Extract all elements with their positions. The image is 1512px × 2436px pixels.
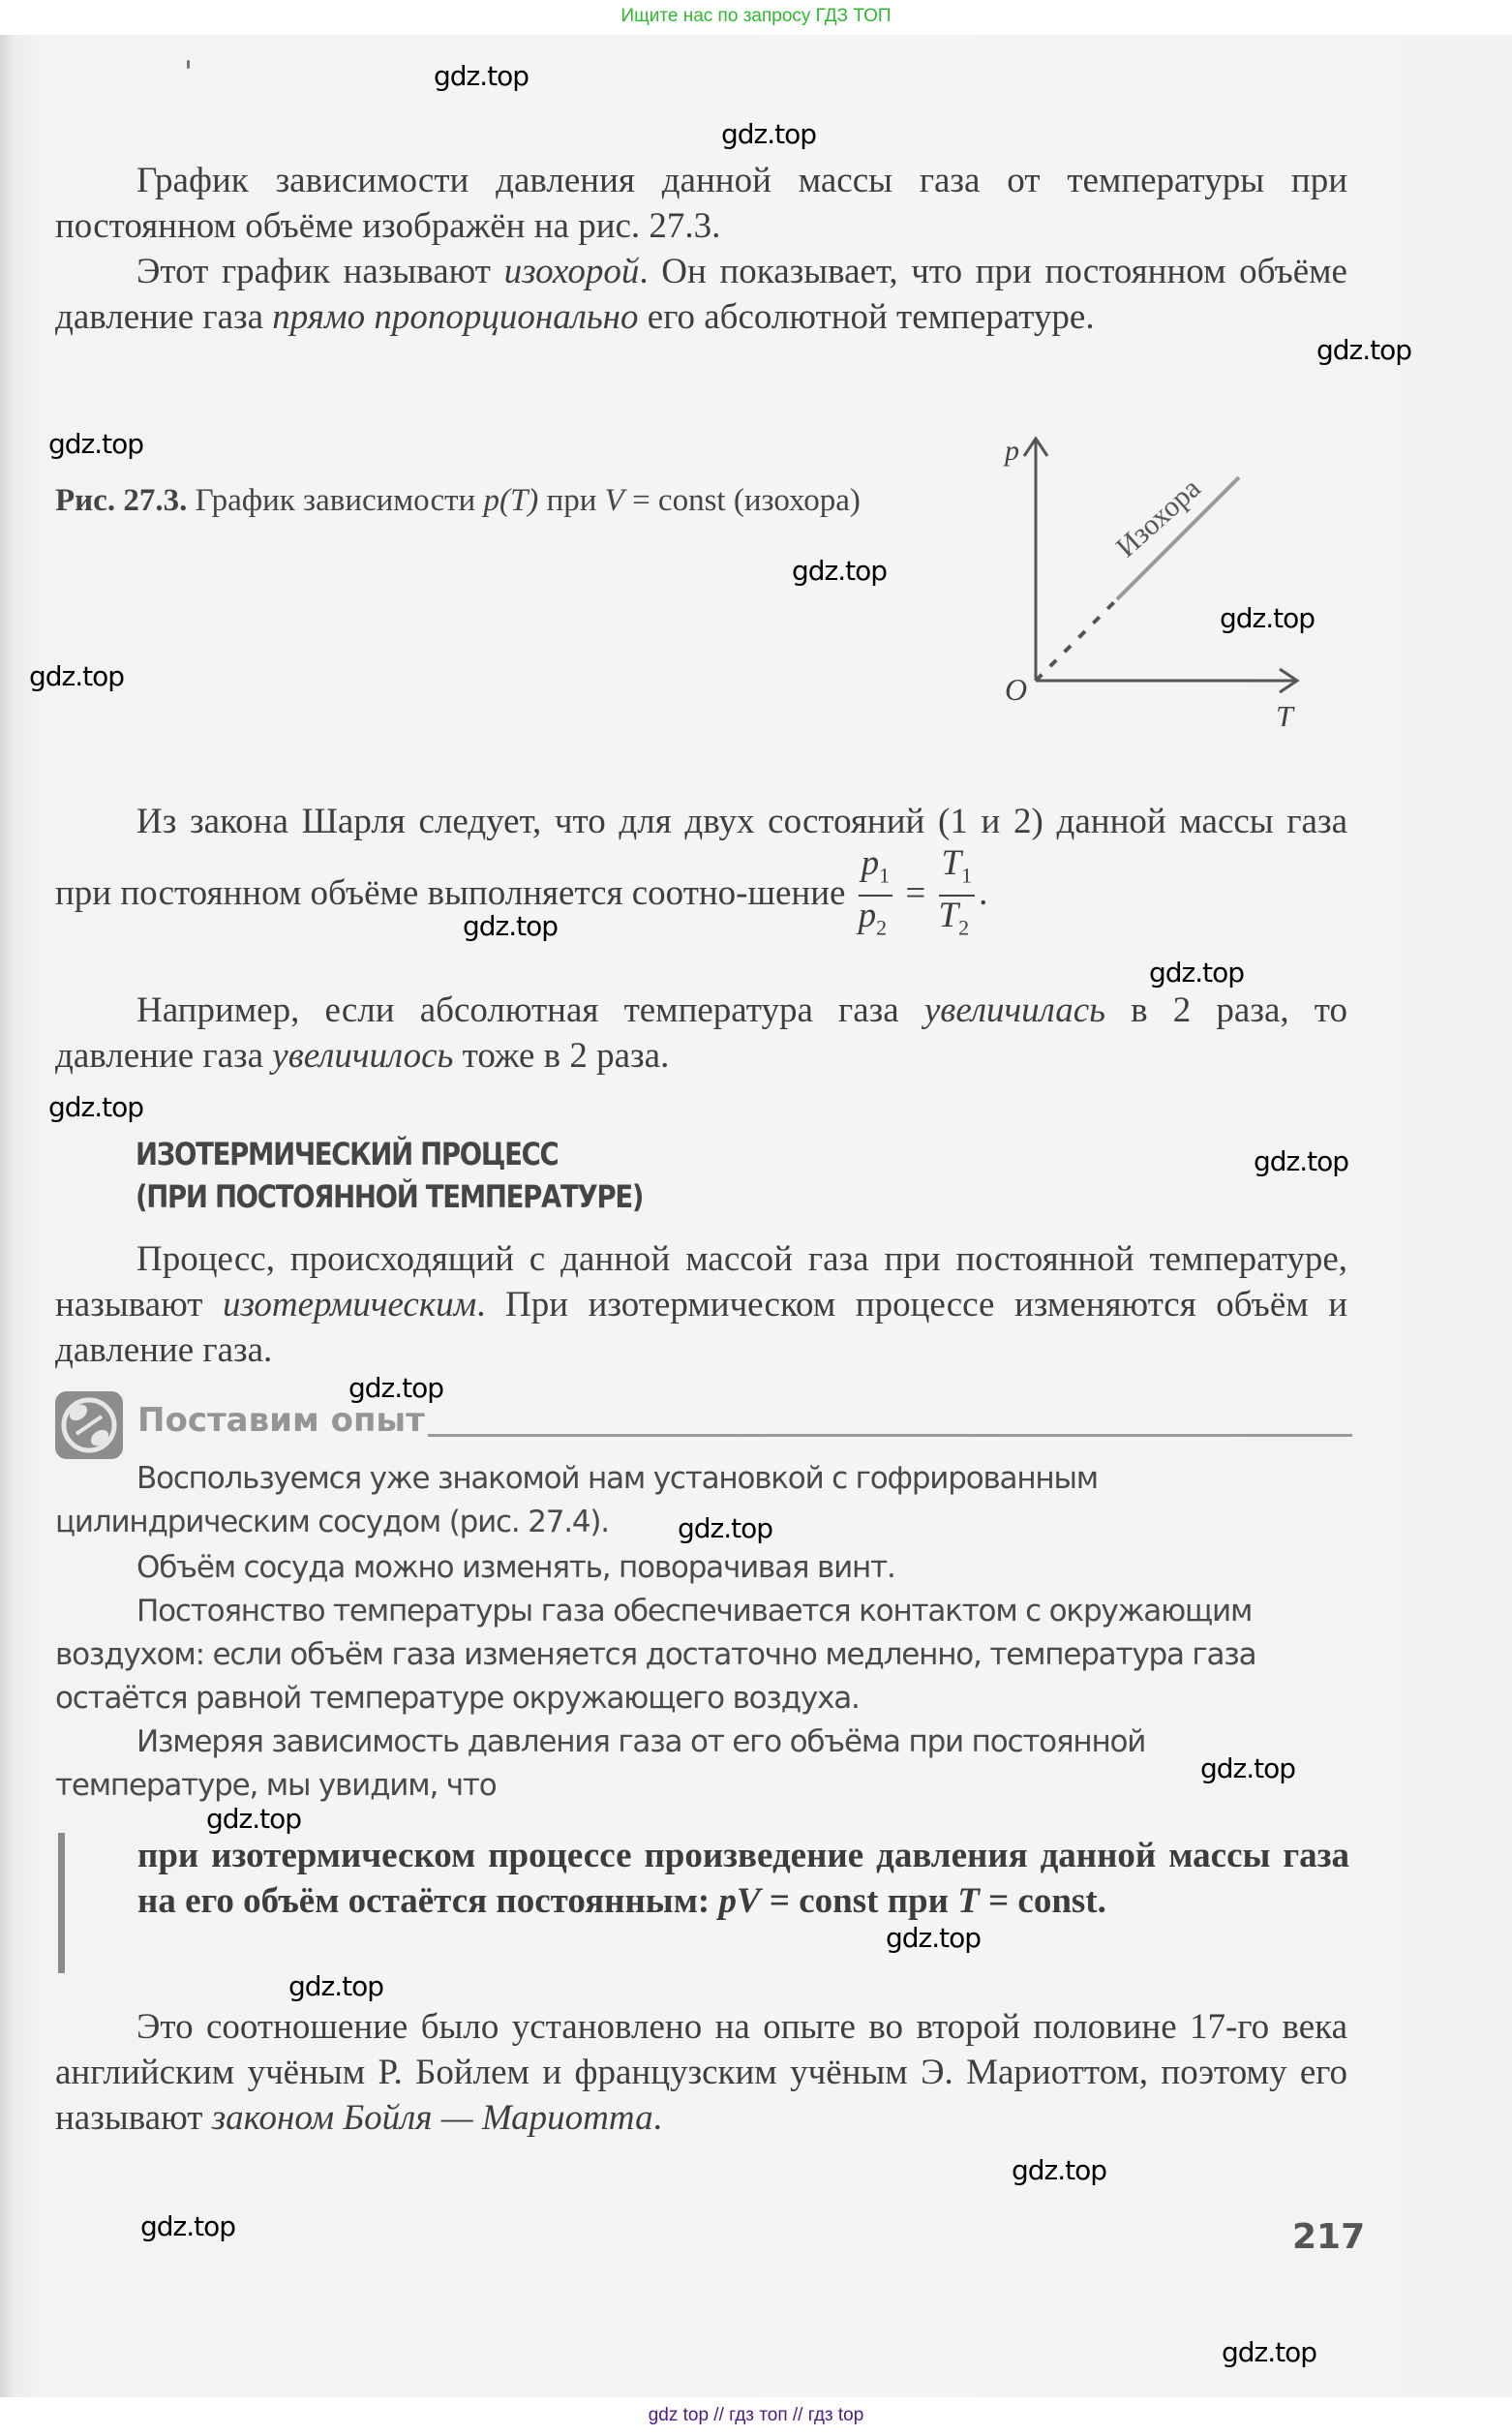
paragraph-text: График зависимости давления данной массы… bbox=[55, 161, 1347, 246]
text: Этот график называют bbox=[136, 252, 504, 291]
watermark: gdz.top bbox=[434, 60, 529, 92]
experiment-paragraph: Измеряя зависимость давления газа от его… bbox=[55, 1720, 1352, 1808]
fraction-p1-p2: p1p2 bbox=[859, 844, 893, 948]
rule-marker-bar bbox=[58, 1833, 65, 1973]
watermark: gdz.top bbox=[48, 1091, 143, 1123]
num: T bbox=[942, 843, 962, 883]
caption-variable: V bbox=[605, 483, 624, 518]
paragraph-boyle-mariotte: Это соотношение было установлено на опыт… bbox=[55, 2004, 1347, 2141]
experiment-paragraph: Постоянство температуры газа обеспечивае… bbox=[55, 1590, 1352, 1720]
term-proportional: прямо пропорционально bbox=[272, 297, 638, 337]
paragraph-example: Например, если абсолютная температура га… bbox=[55, 988, 1347, 1079]
caption-text: = const (изохора) bbox=[624, 483, 861, 518]
figure-caption: Рис. 27.3. График зависимости p(T) при V… bbox=[55, 479, 984, 523]
term-law: законом Бойля — Мариотта bbox=[212, 2098, 653, 2138]
divider bbox=[428, 1434, 1352, 1437]
watermark: gdz.top bbox=[288, 1970, 383, 2002]
sub: 2 bbox=[876, 916, 887, 940]
caption-text: График зависимости bbox=[187, 483, 483, 518]
den: T bbox=[939, 896, 959, 935]
sub: 1 bbox=[961, 863, 972, 887]
text: . bbox=[653, 2098, 662, 2138]
sub: 2 bbox=[958, 916, 969, 940]
period: . bbox=[979, 873, 987, 913]
text: его абсолютной температуре. bbox=[639, 297, 1095, 337]
watermark: gdz.top bbox=[721, 118, 816, 150]
sub: 1 bbox=[879, 863, 890, 887]
text: Измеряя зависимость давления газа от его… bbox=[55, 1724, 1145, 1803]
watermark: gdz.top bbox=[1222, 2336, 1316, 2368]
boyle-mariotte-rule: при изотермическом процессе произведение… bbox=[137, 1833, 1349, 1924]
paragraph-pressure-graph: График зависимости давления данной массы… bbox=[55, 158, 1347, 249]
term-isothermal: изотермическим bbox=[223, 1285, 476, 1325]
paragraph-charles-law: Из закона Шарля следует, что для двух со… bbox=[55, 799, 1347, 948]
text: Объём сосуда можно изменять, поворачивая… bbox=[136, 1550, 895, 1585]
watermark: gdz.top bbox=[792, 555, 887, 587]
text: Из закона Шарля следует, что для двух со… bbox=[55, 802, 1347, 913]
bottom-banner: gdz top // гдз топ // гдз top bbox=[0, 2397, 1512, 2436]
text: Воспользуемся уже знакомой нам установко… bbox=[55, 1461, 1098, 1539]
watermark: gdz.top bbox=[206, 1803, 301, 1835]
scan-speck bbox=[187, 60, 190, 69]
paragraph-isochore: Этот график называют изохорой. Он показы… bbox=[55, 249, 1347, 340]
isochore-chart: pTOИзохора bbox=[978, 426, 1346, 726]
text: = const. bbox=[980, 1881, 1106, 1921]
den: p bbox=[859, 896, 877, 935]
watermark: gdz.top bbox=[886, 1922, 981, 1954]
watermark: gdz.top bbox=[678, 1512, 772, 1544]
caption-text: при bbox=[538, 483, 604, 518]
watermark: gdz.top bbox=[348, 1372, 443, 1404]
text: тоже в 2 раза. bbox=[453, 1036, 669, 1076]
term: увеличилось bbox=[272, 1036, 453, 1076]
watermark: gdz.top bbox=[463, 910, 558, 942]
watermark: gdz.top bbox=[1316, 334, 1411, 366]
watermark: gdz.top bbox=[1200, 1752, 1295, 1784]
experiment-icon bbox=[55, 1391, 123, 1459]
section-heading: ИЗОТЕРМИЧЕСКИЙ ПРОЦЕСС (ПРИ ПОСТОЯННОЙ Т… bbox=[136, 1133, 643, 1218]
top-banner: Ищите нас по запросу ГДЗ ТОП bbox=[0, 0, 1512, 35]
text: = const при bbox=[761, 1881, 958, 1921]
watermark: gdz.top bbox=[29, 660, 124, 692]
search-hint: Ищите нас по запросу ГДЗ ТОП bbox=[0, 6, 1512, 27]
site-links: gdz top // гдз топ // гдз top bbox=[0, 2405, 1512, 2426]
equals: = bbox=[896, 873, 934, 913]
figure-label: Рис. 27.3. bbox=[55, 483, 187, 518]
heading-line: (ПРИ ПОСТОЯННОЙ ТЕМПЕРАТУРЕ) bbox=[136, 1175, 643, 1218]
watermark: gdz.top bbox=[1012, 2154, 1106, 2186]
experiment-paragraph: Объём сосуда можно изменять, поворачивая… bbox=[55, 1546, 1352, 1590]
svg-text:Изохора: Изохора bbox=[1110, 472, 1207, 564]
formula: pV bbox=[718, 1881, 760, 1921]
svg-text:O: O bbox=[1005, 672, 1027, 707]
term-isochore: изохорой bbox=[504, 252, 640, 291]
svg-text:T: T bbox=[1276, 699, 1295, 726]
term: увеличилась bbox=[924, 990, 1105, 1030]
caption-function: p(T) bbox=[483, 483, 538, 518]
heading-line: ИЗОТЕРМИЧЕСКИЙ ПРОЦЕСС bbox=[136, 1133, 643, 1175]
experiment-header: Поставим опыт bbox=[55, 1391, 1352, 1459]
experiment-title: Поставим опыт bbox=[137, 1401, 425, 1440]
watermark: gdz.top bbox=[48, 428, 143, 460]
formula: T bbox=[957, 1881, 980, 1921]
watermark: gdz.top bbox=[1220, 602, 1315, 634]
text: Постоянство температуры газа обеспечивае… bbox=[55, 1594, 1255, 1716]
watermark: gdz.top bbox=[1149, 957, 1244, 989]
paragraph-isothermal-definition: Процесс, происходящий с данной массой га… bbox=[55, 1236, 1347, 1373]
page-number: 217 bbox=[1292, 2217, 1365, 2257]
svg-text:p: p bbox=[1003, 435, 1019, 467]
text: Например, если абсолютная температура га… bbox=[136, 990, 924, 1030]
watermark: gdz.top bbox=[140, 2210, 235, 2242]
fraction-t1-t2: T1T2 bbox=[939, 844, 976, 948]
num: p bbox=[862, 843, 880, 883]
watermark: gdz.top bbox=[1254, 1145, 1348, 1177]
